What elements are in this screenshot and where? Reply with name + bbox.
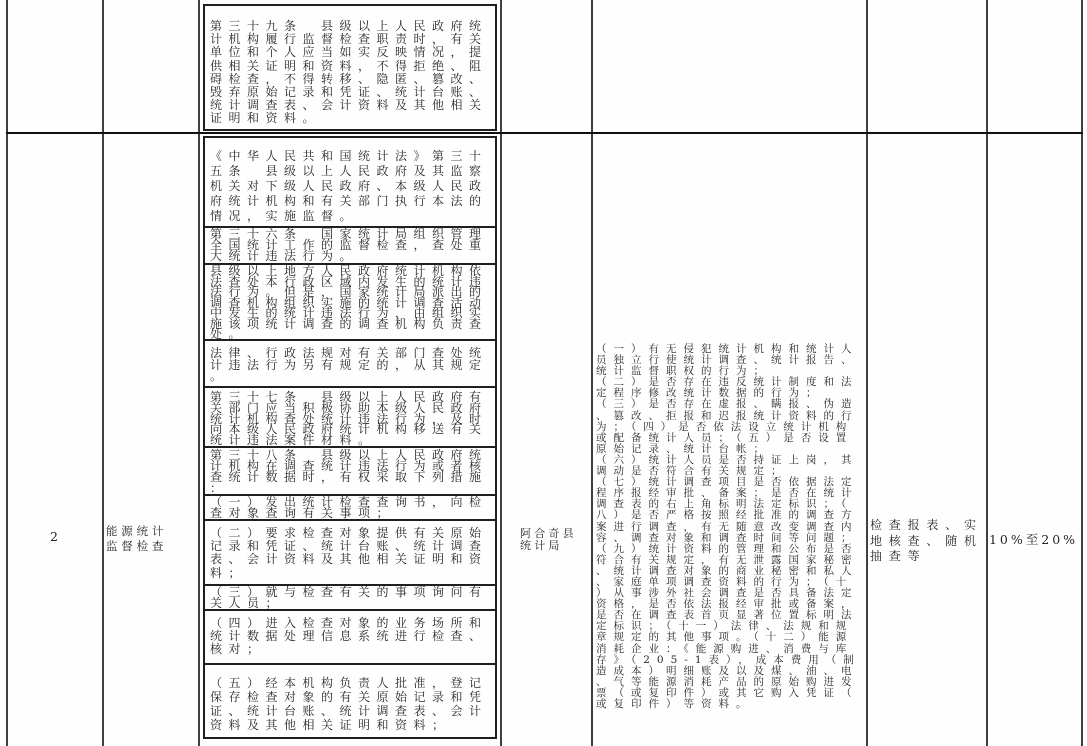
table-gridline-v7 bbox=[986, 0, 988, 746]
legal-basis-text-11: （五）经本机构负责人批准，登记保存检查对象的有关原始记录和凭证、统计台账、统计调… bbox=[205, 665, 495, 737]
check-content-item-4: （六）统计人员是否持证上岗，其调动是否符合有关规定； bbox=[596, 455, 862, 477]
legal-basis-text-6: 第三十八条 县级以上人民政府统计机构在调查统计违法行为或者核查统计数据时，有权采… bbox=[205, 448, 495, 494]
legal-basis-text-3: 县级以上地方人民政府统计机构依法查处本行政区域内发生的统计违法行为。但是，国家统… bbox=[205, 265, 495, 339]
table-gridline-v5 bbox=[591, 0, 593, 746]
table-gridline-v1 bbox=[6, 0, 8, 746]
legal-basis-cell-2: 第三十六条 国家统计局组织管理全国统计工作的监督检查，查处重大统计违法行为。 bbox=[205, 226, 495, 263]
legal-basis-text-2: 第三十六条 国家统计局组织管理全国统计工作的监督检查，查处重大统计违法行为。 bbox=[205, 228, 495, 263]
table-gridline-v4 bbox=[500, 0, 502, 746]
legal-basis-cell-3: 县级以上地方人民政府统计机构依法查处本行政区域内发生的统计违法行为。但是，国家统… bbox=[205, 263, 495, 339]
legal-basis-cell-6: 第三十八条 县级以上人民政府统计机构在调查统计违法行为或者核查统计数据时，有权采… bbox=[205, 446, 495, 494]
statute-article-39-cell: 第三十九条 县级以上人民政府统计机构履行监督检查职责时，有关单位和个人应当如实反… bbox=[203, 4, 497, 131]
sequence-number-cell: 2 bbox=[6, 529, 102, 544]
statute-article-39-text: 第三十九条 县级以上人民政府统计机构履行监督检查职责时，有关单位和个人应当如实反… bbox=[205, 6, 495, 129]
check-content-item-3: （三）是否存在虚报、瞒报、伪造、篡改、拒报和迟报统计资料的行为；（四）是否依法设… bbox=[596, 399, 862, 454]
table-row-divider bbox=[6, 132, 1083, 134]
check-content-item-1: （一）有无侵犯统计机构和统计人员独立行使统计调查、统计报告、统计监督职权的行为； bbox=[596, 344, 862, 377]
legal-basis-text-9: （三）就与检查有关的事项询问有关人员； bbox=[205, 586, 495, 609]
legal-basis-cell-9: （三）就与检查有关的事项询问有关人员； bbox=[205, 584, 495, 609]
legal-basis-text-10: （四）进入检查对象的业务场所和统计数据处理信息系统进行检查、核对； bbox=[205, 611, 495, 663]
table-gridline-v2 bbox=[102, 0, 104, 746]
legal-basis-cell-8: （二）要求检查对象提供有关原始记录和凭证、统计台账、统计调查表、会计资料及其他相… bbox=[205, 519, 495, 584]
check-content-item-5: （七）统计调查项目是否依据法定程序报经审批、备案；是否在统计调查表的右上角标明法… bbox=[596, 477, 862, 710]
check-method-cell: 检查报表、实地核查、随机抽查等 bbox=[870, 518, 984, 565]
legal-basis-cell-5: 第三十七条 县级以上人民政府有关部门应当积极协助本级人民政府统计机构查处统计违法… bbox=[205, 386, 495, 446]
legal-basis-cell-1: 《中华人民共和国统计法》第三十五条 县级以上人民政府及其监察机关对下级人民政府、… bbox=[205, 138, 495, 226]
legal-basis-text-5: 第三十七条 县级以上人民政府有关部门应当积极协助本级人民政府统计机构查处统计违法… bbox=[205, 388, 495, 446]
legal-basis-text-8: （二）要求检查对象提供有关原始记录和凭证、统计台账、统计调查表、会计资料及其他相… bbox=[205, 521, 495, 584]
legal-basis-text-4: 法律、行政法规对有关部门查处统计违法行为另有规定的，从其规定。 bbox=[205, 341, 495, 386]
supervision-check-table: 第三十九条 县级以上人民政府统计机构履行监督检查职责时，有关单位和个人应当如实反… bbox=[0, 0, 1087, 746]
check-content-cell: （一）有无侵犯统计机构和统计人员独立行使统计调查、统计报告、统计监督职权的行为；… bbox=[596, 344, 862, 710]
check-item-name-cell: 能源统计监督检查 bbox=[106, 524, 170, 553]
table-gridline-v8 bbox=[1081, 0, 1083, 746]
check-content-item-2: （二）是否存在违反统计制度和法定程序修改统计数据的行为； bbox=[596, 377, 862, 399]
implementing-agency-cell: 阿合奇县统计局 bbox=[520, 528, 584, 552]
legal-basis-text-7: （一）发出统计检查查询书，向检查对象查询有关事项； bbox=[205, 496, 495, 519]
check-ratio-cell: 10%至20% bbox=[986, 530, 1081, 548]
table-gridline-v3 bbox=[198, 0, 200, 746]
legal-basis-cell-7: （一）发出统计检查查询书，向检查对象查询有关事项； bbox=[205, 494, 495, 519]
legal-basis-cell-10: （四）进入检查对象的业务场所和统计数据处理信息系统进行检查、核对； bbox=[205, 609, 495, 663]
legal-basis-cell-11: （五）经本机构负责人批准，登记保存检查对象的有关原始记录和凭证、统计台账、统计调… bbox=[205, 663, 495, 737]
legal-basis-cellstack: 《中华人民共和国统计法》第三十五条 县级以上人民政府及其监察机关对下级人民政府、… bbox=[203, 136, 497, 739]
legal-basis-text-1: 《中华人民共和国统计法》第三十五条 县级以上人民政府及其监察机关对下级人民政府、… bbox=[205, 138, 495, 226]
legal-basis-cell-4: 法律、行政法规对有关部门查处统计违法行为另有规定的，从其规定。 bbox=[205, 339, 495, 386]
table-gridline-v6 bbox=[866, 0, 868, 746]
